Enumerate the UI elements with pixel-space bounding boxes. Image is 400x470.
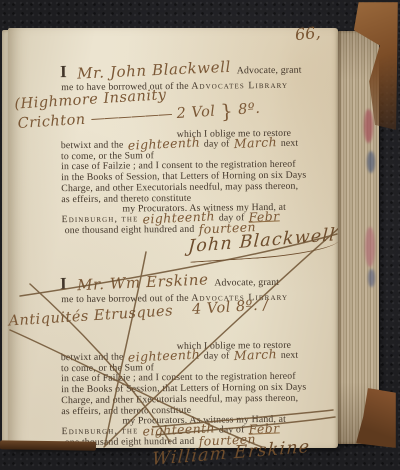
register-page: 66, IMr. John BlackwellAdvocate, grant m… [8,28,338,448]
borrow-entry-blackwell: IMr. John BlackwellAdvocate, grant me to… [8,64,338,67]
borrow-entry-erskine: IMr. Wm ErskineAdvocate, grant me to hav… [8,276,338,279]
brace-mark: } [220,100,234,123]
borrower-name-handwritten: Mr. John Blackwell [77,63,231,78]
marbling-pink-spot [365,227,375,267]
entry-opening-line: IMr. Wm ErskineAdvocate, grant [60,277,279,290]
filler-dash: —————— [90,106,172,127]
printed-opening-suffix: Advocate, grant [237,65,302,77]
borrower-name-handwritten: Mr. Wm Erskine [77,275,209,289]
printed-initial: I [60,62,67,81]
day-of-text: day of [204,138,230,149]
marbling-red-spot [364,109,373,143]
day-of-text: day of [204,350,230,361]
betwixt-prefix: betwixt and the [61,352,124,364]
betwixt-line: betwixt and theeighteenthday ofMarchnext [61,139,299,151]
page-number: 66, [294,23,321,45]
due-month-handwritten: March [233,350,277,360]
betwixt-prefix: betwixt and the [61,140,124,152]
library-name: Advocates Library [191,80,288,92]
photo-of-register-book: 66, IMr. John BlackwellAdvocate, grant m… [0,0,400,470]
book-format: 8º. [238,101,261,118]
book-title-line2-text: Crichton [17,112,86,132]
due-day-handwritten: eighteenth [127,138,200,149]
year-line-text: one thousand eight hundred and [65,224,195,236]
book-title-text: Antiquités Etrusques [8,303,173,329]
volume-count: 4 Vol [192,300,232,318]
entry-opening-line: IMr. John BlackwellAdvocate, grant [60,65,302,79]
edinburgh-prefix: Edinburgh, the [62,425,139,437]
due-month-handwritten: March [233,138,277,148]
printed-initial: I [60,274,67,293]
betwixt-line: betwixt and theeighteenthday ofMarchnext [61,351,299,363]
edinburgh-prefix: Edinburgh, the [62,213,139,225]
printed-opening-suffix: Advocate, grant [214,277,279,289]
volume-count: 2 Vol [176,104,216,122]
next-word: next [281,350,299,361]
due-day-handwritten: eighteenth [127,350,200,361]
board-edge-bottom [0,440,96,450]
book-format: 8º. / [235,297,269,315]
next-word: next [281,138,299,149]
marbling-blue-spot [367,151,375,173]
marbling-blue-spot [368,269,375,287]
